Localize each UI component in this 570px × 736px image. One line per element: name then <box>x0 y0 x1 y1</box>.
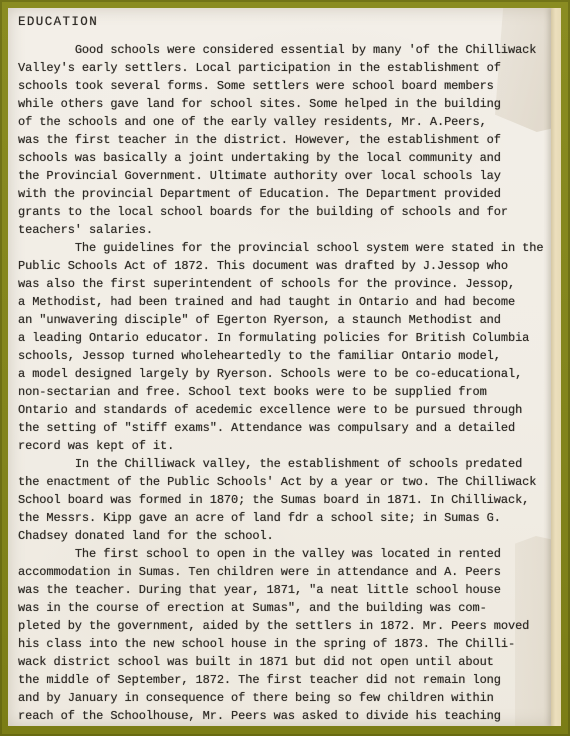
paragraph-1: Good schools were considered essential b… <box>18 41 553 239</box>
paragraph-3: In the Chilliwack valley, the establishm… <box>18 455 553 545</box>
page-frame: EDUCATION Good schools were considered e… <box>0 0 570 736</box>
paragraph-4: The first school to open in the valley w… <box>18 545 553 725</box>
paragraph-2: The guidelines for the provincial school… <box>18 239 553 455</box>
page-title: EDUCATION <box>18 13 553 31</box>
document-text: EDUCATION Good schools were considered e… <box>8 8 561 725</box>
scanned-page: EDUCATION Good schools were considered e… <box>8 8 561 726</box>
